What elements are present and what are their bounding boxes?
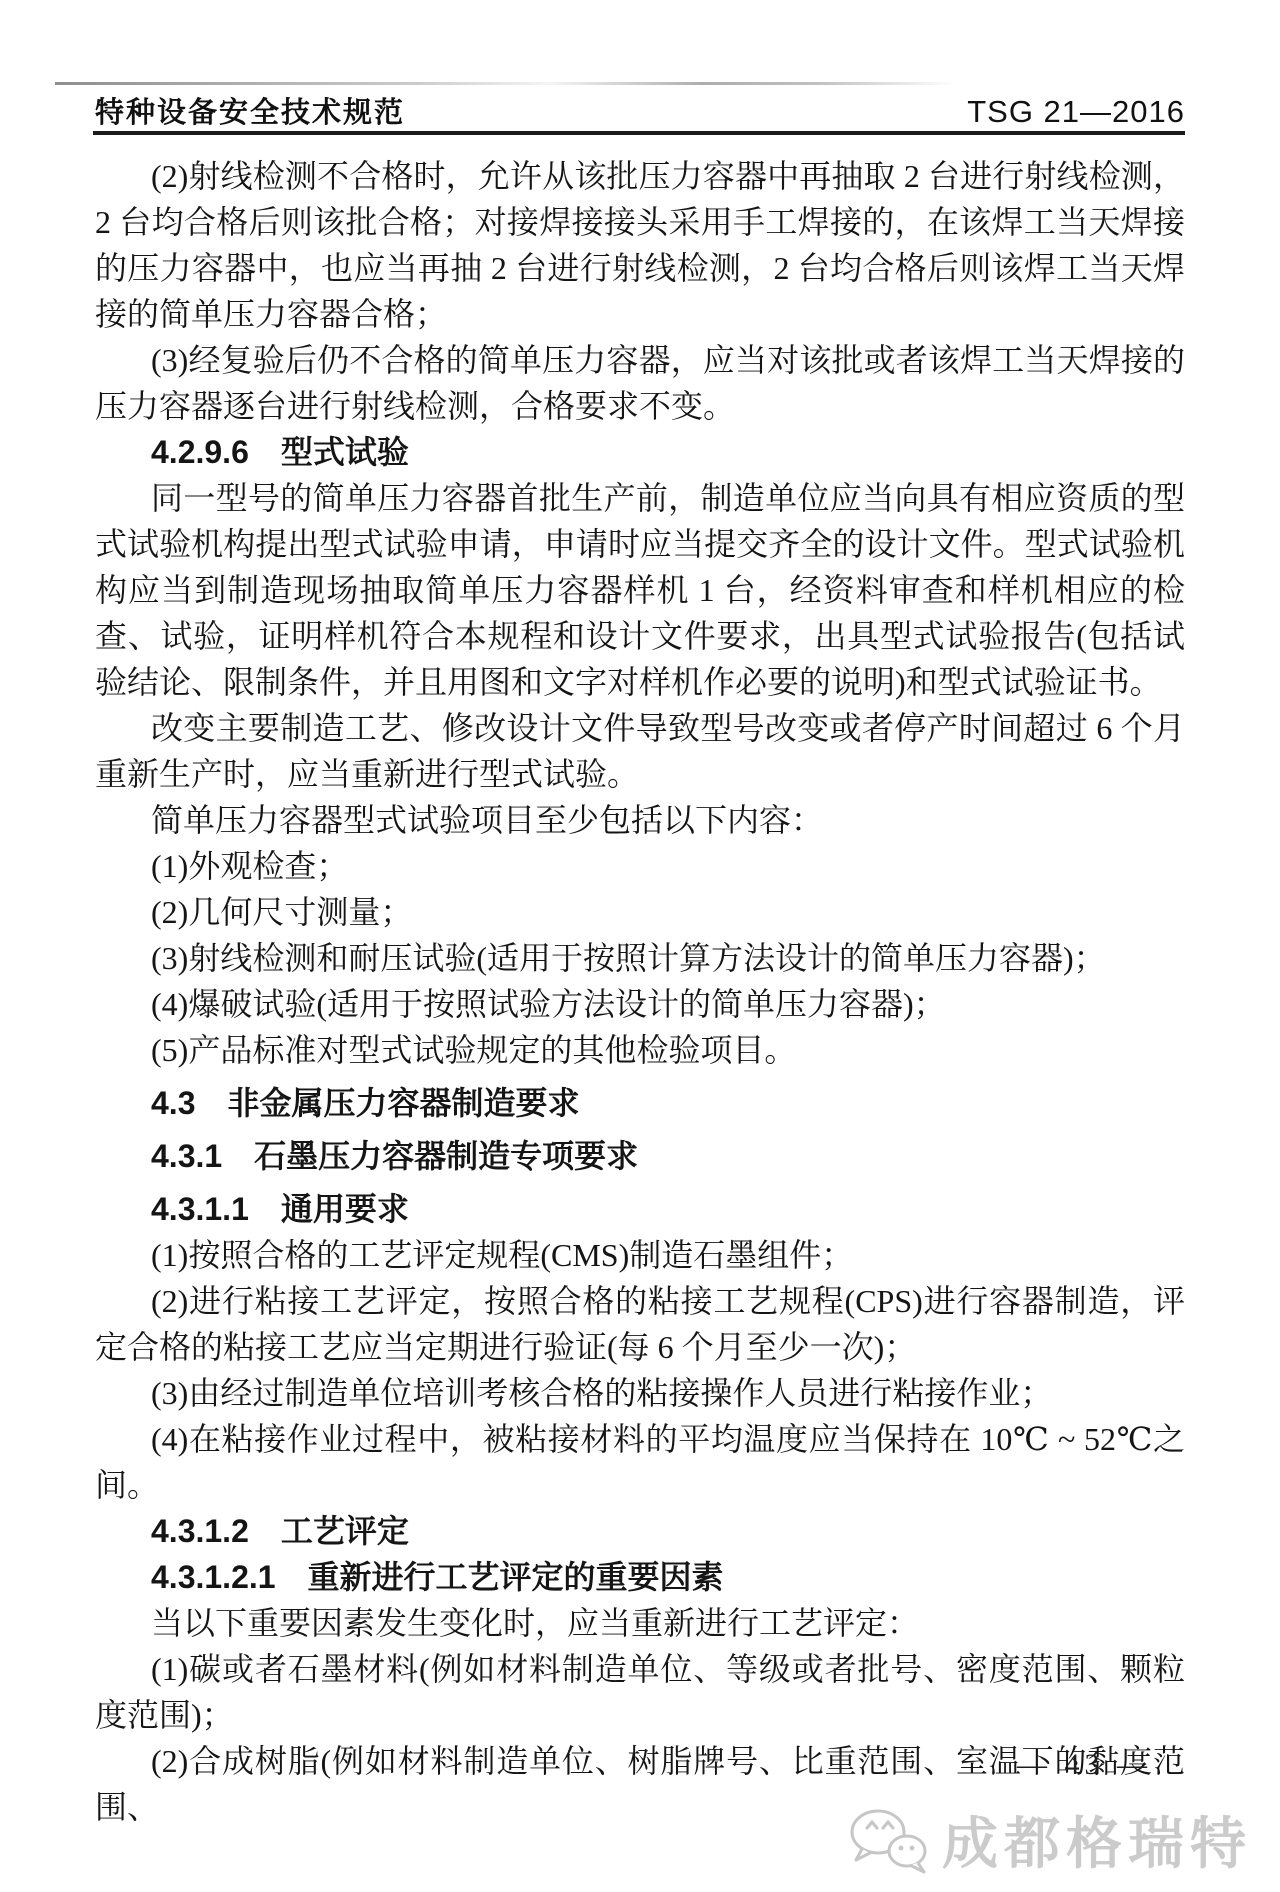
watermark-text: 成都格瑞特 bbox=[942, 1800, 1252, 1880]
list-item: (3)由经过制造单位培训考核合格的粘接操作人员进行粘接作业； bbox=[95, 1370, 1185, 1416]
section-heading-4-2-9-6: 4.2.9.6 型式试验 bbox=[95, 429, 1185, 475]
list-item: (1)按照合格的工艺评定规程(CMS)制造石墨组件； bbox=[95, 1232, 1185, 1278]
list-item: (4)在粘接作业过程中，被粘接材料的平均温度应当保持在 10℃ ~ 52℃之间。 bbox=[95, 1416, 1185, 1508]
paragraph: 当以下重要因素发生变化时，应当重新进行工艺评定： bbox=[95, 1600, 1185, 1646]
section-heading-4-3-1-2: 4.3.1.2 工艺评定 bbox=[95, 1508, 1185, 1554]
list-item: (3)射线检测和耐压试验(适用于按照计算方法设计的简单压力容器)； bbox=[95, 935, 1185, 981]
paragraph: 简单压力容器型式试验项目至少包括以下内容： bbox=[95, 797, 1185, 843]
document-body: (2)射线检测不合格时，允许从该批压力容器中再抽取 2 台进行射线检测，2 台均… bbox=[95, 153, 1185, 1830]
paragraph: 同一型号的简单压力容器首批生产前，制造单位应当向具有相应资质的型式试验机构提出型… bbox=[95, 475, 1185, 705]
list-item: (2)几何尺寸测量； bbox=[95, 889, 1185, 935]
section-heading-4-3: 4.3 非金属压力容器制造要求 bbox=[95, 1080, 1185, 1126]
section-heading-4-3-1-2-1: 4.3.1.2.1 重新进行工艺评定的重要因素 bbox=[95, 1554, 1185, 1600]
scan-artifact-line bbox=[55, 82, 955, 85]
list-item: (1)碳或者石墨材料(例如材料制造单位、等级或者批号、密度范围、颗粒度范围)； bbox=[95, 1646, 1185, 1738]
section-heading-4-3-1-1: 4.3.1.1 通用要求 bbox=[95, 1186, 1185, 1232]
paragraph: (2)射线检测不合格时，允许从该批压力容器中再抽取 2 台进行射线检测，2 台均… bbox=[95, 153, 1185, 337]
document-page: 特种设备安全技术规范 TSG 21—2016 (2)射线检测不合格时，允许从该批… bbox=[0, 0, 1280, 1892]
page-number: — 43 — bbox=[1017, 1748, 1152, 1782]
list-item: (2)进行粘接工艺评定，按照合格的粘接工艺规程(CPS)进行容器制造，评定合格的… bbox=[95, 1278, 1185, 1370]
list-item: (5)产品标准对型式试验规定的其他检验项目。 bbox=[95, 1027, 1185, 1073]
section-heading-4-3-1: 4.3.1 石墨压力容器制造专项要求 bbox=[95, 1133, 1185, 1179]
header-document-number: TSG 21—2016 bbox=[967, 94, 1185, 130]
page-header: 特种设备安全技术规范 TSG 21—2016 bbox=[95, 90, 1185, 131]
watermark: 成都格瑞特 bbox=[848, 1800, 1252, 1880]
list-item: (1)外观检查； bbox=[95, 843, 1185, 889]
paragraph: 改变主要制造工艺、修改设计文件导致型号改变或者停产时间超过 6 个月重新生产时，… bbox=[95, 705, 1185, 797]
wechat-logo-icon bbox=[848, 1806, 932, 1874]
paragraph: (3)经复验后仍不合格的简单压力容器，应当对该批或者该焊工当天焊接的压力容器逐台… bbox=[95, 337, 1185, 429]
header-document-title: 特种设备安全技术规范 bbox=[95, 90, 405, 131]
list-item: (4)爆破试验(适用于按照试验方法设计的简单压力容器)； bbox=[95, 981, 1185, 1027]
header-rule bbox=[93, 131, 1185, 135]
